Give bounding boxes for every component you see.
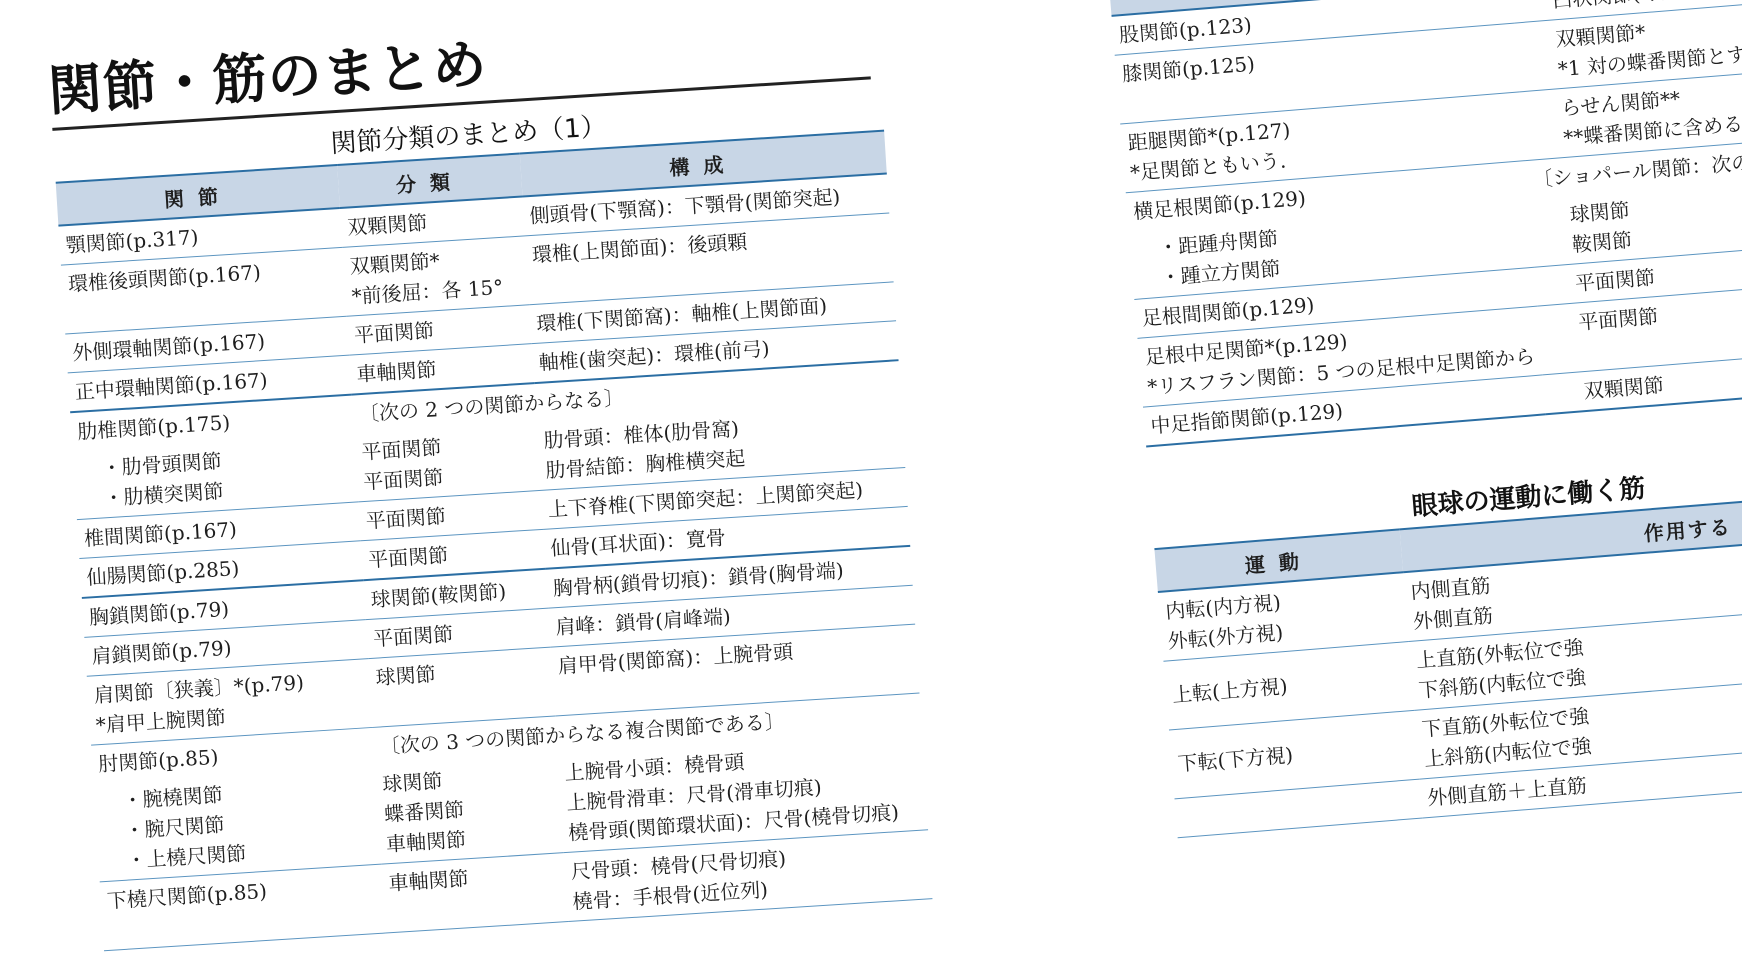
cell-type: 双顆関節**前後屈：各 15° — [343, 236, 530, 316]
cell-line — [1182, 799, 1415, 818]
cell-type: 車軸関節 — [381, 853, 568, 933]
joint-classification-table: 関節 分類 構成 顎関節(p.317)双顆関節側頭骨(下顎窩)：下顎骨(関節突起… — [56, 130, 933, 952]
cell-line: 車軸関節 — [356, 349, 528, 390]
cell-type: 平面関節平面関節 — [354, 422, 541, 502]
cell-line: 下転(下方視) — [1177, 730, 1413, 779]
lower-limb-joint-table: 関節 分類 股関節(p.123)臼状関節(球関節)膝関節(p.125)双顆関節*… — [1108, 0, 1742, 447]
cell-line: 平面関節 — [367, 534, 539, 575]
cell-line: 車軸関節 — [388, 858, 560, 899]
cell-type: 球関節蝶番関節車軸関節 — [375, 754, 563, 864]
cell-line: 上転(上方視) — [1171, 661, 1407, 710]
cell-line: 球関節 — [375, 652, 547, 693]
right-page: 関節 分類 股関節(p.123)臼状関節(球関節)膝関節(p.125)双顆関節*… — [1108, 0, 1742, 838]
table-body: 股関節(p.123)臼状関節(球関節)膝関節(p.125)双顆関節**1 対の蝶… — [1112, 0, 1742, 446]
cell-line: 平面関節 — [372, 613, 544, 654]
cell-line: 平面関節 — [353, 310, 525, 351]
left-page: 関節・筋のまとめ 関節分類のまとめ（1） 関節 分類 構成 顎関節(p.317)… — [48, 8, 932, 951]
cell-joint: ・腕橈関節・腕尺関節・上橈尺関節 — [94, 766, 382, 882]
cell-type: 球関節 — [368, 647, 555, 727]
cell-line: 平面関節 — [365, 495, 537, 536]
cell-line: 双顆関節 — [346, 202, 518, 243]
table-body: 顎関節(p.317)双顆関節側頭骨(下顎窩)：下顎骨(関節突起)環椎後頭関節(p… — [58, 174, 932, 951]
cell-line: 球関節(鞍関節) — [370, 574, 542, 615]
